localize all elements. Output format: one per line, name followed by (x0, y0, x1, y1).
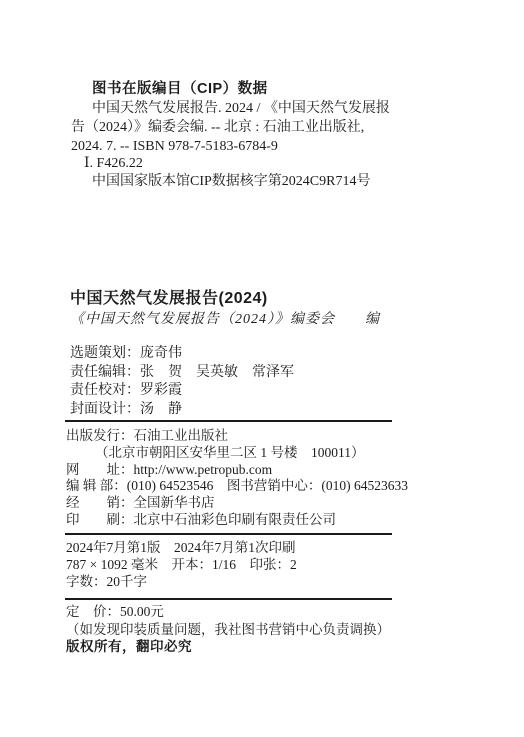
credit-value: 庞奇伟 (140, 346, 182, 361)
copyright-notice: 版权所有，翻印必究 (66, 639, 390, 657)
publisher-value: 北京中石油彩色印刷有限责任公司 (134, 512, 337, 527)
publisher-row-editorial-phone: 编 辑 部：(010) 64523546 图书营销中心：(010) 645236… (66, 478, 408, 495)
credit-row-cover-design: 封面设计：汤 静 (70, 401, 294, 420)
price-line: 定 价：50.00元 (66, 604, 390, 622)
divider-rule-bottom (65, 598, 392, 600)
credits-block: 选题策划：庞奇伟 责任编辑：张 贺 吴英敏 常泽军 责任校对：罗彩霞 封面设计：… (70, 345, 294, 419)
publisher-row-address: （北京市朝阳区安华里二区 1 号楼 100011） (66, 445, 408, 462)
cip-line: 中国天然气发展报告. 2024 / 《中国天然气发展报 (92, 100, 390, 118)
publisher-value: http://www.petropub.com (134, 462, 273, 477)
publisher-row-distribution: 经 销：全国新华书店 (66, 495, 408, 512)
cip-line-isbn: 2024. 7. -- ISBN 978-7-5183-6784-9 (71, 138, 278, 156)
price-block: 定 价：50.00元 （如发现印装质量问题，我社图书营销中心负责调换） 版权所有… (66, 604, 390, 657)
credit-value: 张 贺 吴英敏 常泽军 (140, 365, 294, 380)
cip-line: 告（2024）》编委会编. -- 北京 : 石油工业出版社, (71, 119, 364, 137)
publisher-row-website: 网 址：http://www.petropub.com (66, 462, 408, 479)
credit-label: 选题策划： (70, 346, 140, 361)
quality-notice-line: （如发现印装质量问题，我社图书营销中心负责调换） (66, 622, 390, 640)
divider-rule-top (65, 420, 392, 422)
cip-line-classification: Ⅰ. F426.22 (84, 155, 143, 173)
colophon-page: 图书在版编目（CIP）数据 中国天然气发展报告. 2024 / 《中国天然气发展… (0, 0, 524, 737)
credit-row-planning: 选题策划：庞奇伟 (70, 345, 294, 364)
publisher-label: 印 刷： (66, 512, 134, 527)
book-byline: 《中国天然气发展报告（2024）》编委会 编 (70, 311, 380, 329)
book-title: 中国天然气发展报告(2024) (70, 289, 268, 309)
edition-row-format: 787 × 1092 毫米 开本：1/16 印张：2 (66, 557, 297, 574)
publisher-value: 全国新华书店 (134, 495, 215, 510)
publisher-label: 编 辑 部： (66, 478, 127, 493)
publisher-value: (010) 64523546 图书营销中心：(010) 64523633 (127, 478, 408, 493)
credit-row-proofreader: 责任校对：罗彩霞 (70, 382, 294, 401)
credit-label: 责任编辑： (70, 365, 140, 380)
divider-rule-middle (65, 533, 392, 535)
credit-label: 封面设计： (70, 402, 140, 417)
credit-value: 汤 静 (140, 402, 182, 417)
edition-row-word-count: 字数：20千字 (66, 574, 297, 591)
publisher-value: 石油工业出版社 (134, 428, 229, 443)
credit-label: 责任校对： (70, 383, 140, 398)
credit-row-editors: 责任编辑：张 贺 吴英敏 常泽军 (70, 364, 294, 383)
edition-row-printing-date: 2024年7月第1版 2024年7月第1次印刷 (66, 540, 297, 557)
publisher-block: 出版发行：石油工业出版社 （北京市朝阳区安华里二区 1 号楼 100011） 网… (66, 428, 408, 529)
publisher-label: 网 址： (66, 462, 134, 477)
publisher-label: 经 销： (66, 495, 134, 510)
publisher-row-printing: 印 刷：北京中石油彩色印刷有限责任公司 (66, 512, 408, 529)
cip-line-record-number: 中国国家版本馆CIP数据核字第2024C9R714号 (92, 173, 370, 191)
cip-heading: 图书在版编目（CIP）数据 (92, 80, 268, 98)
publisher-row-publishing: 出版发行：石油工业出版社 (66, 428, 408, 445)
publisher-label: 出版发行： (66, 428, 134, 443)
credit-value: 罗彩霞 (140, 383, 182, 398)
edition-block: 2024年7月第1版 2024年7月第1次印刷 787 × 1092 毫米 开本… (66, 540, 297, 591)
publisher-value: （北京市朝阳区安华里二区 1 号楼 100011） (95, 445, 365, 460)
